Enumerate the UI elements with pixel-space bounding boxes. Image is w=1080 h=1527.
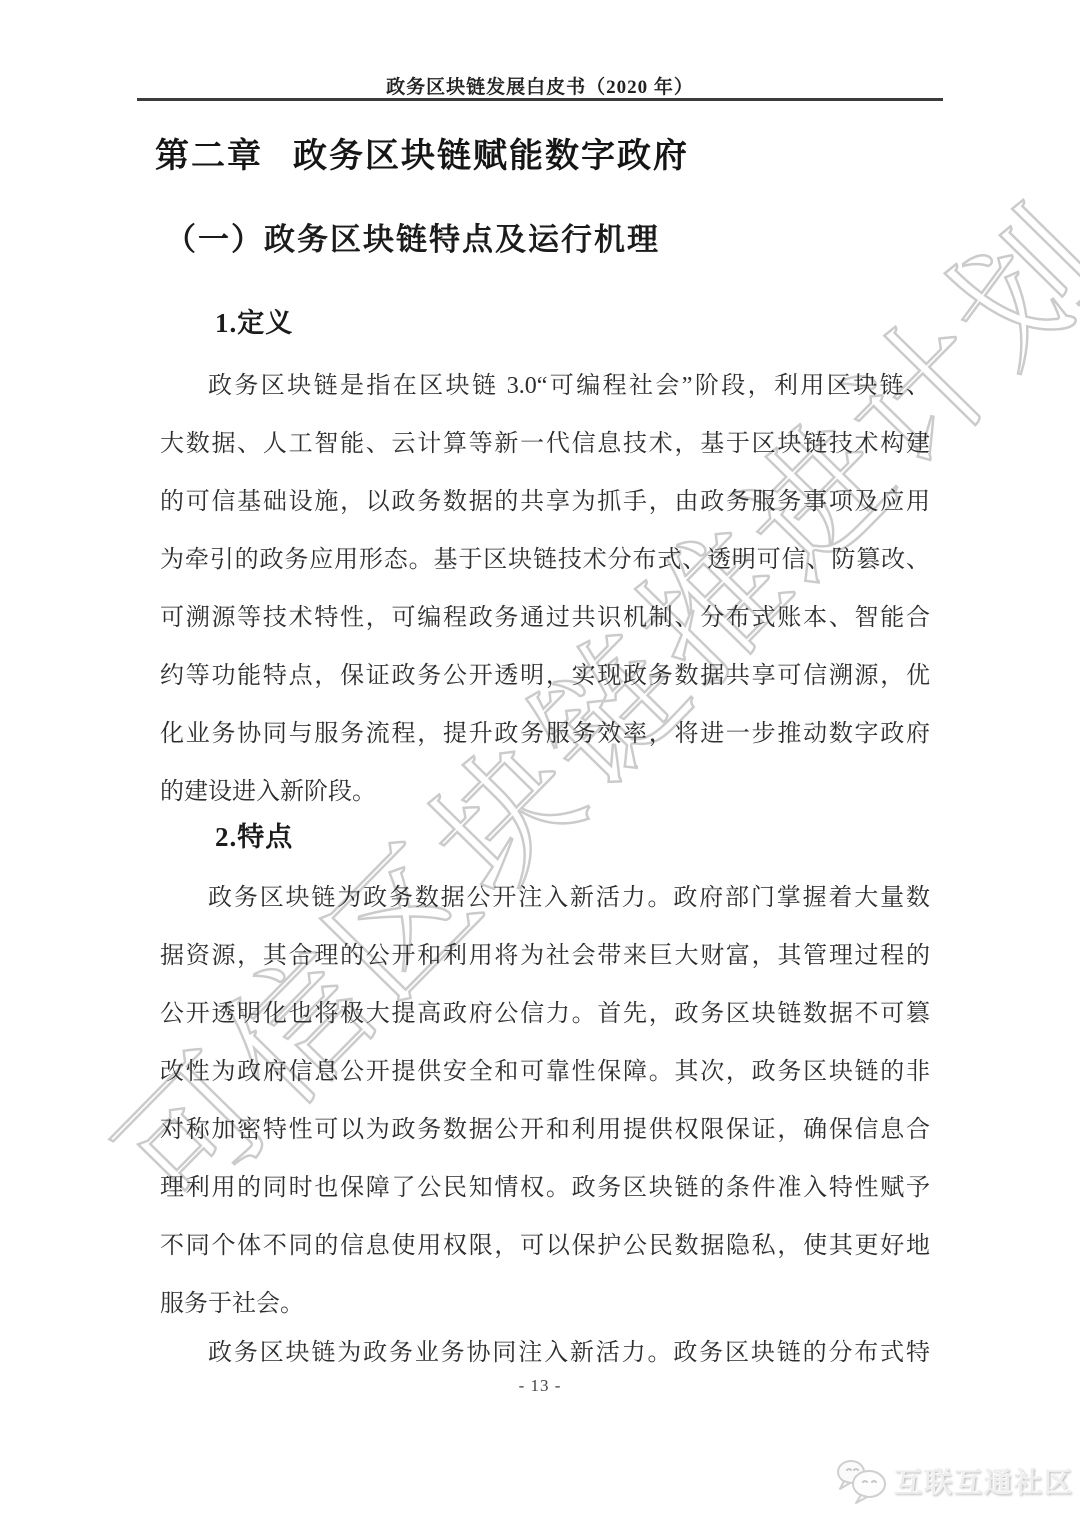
body-text-line: 不同个体不同的信息使用权限，可以保护公民数据隐私，使其更好地 xyxy=(160,1217,930,1275)
body-text-line: 公开透明化也将极大提高政府公信力。首先，政务区块链数据不可篡 xyxy=(160,985,930,1043)
page-number: - 13 - xyxy=(0,1376,1080,1396)
body-text-line: 化业务协同与服务流程，提升政务服务效率，将进一步推动数字政府 xyxy=(160,705,930,763)
body-text-line: 的建设进入新阶段。 xyxy=(160,763,930,821)
chapter-number: 第二章 xyxy=(155,137,263,175)
running-header-title: 政务区块链发展白皮书（2020 年） xyxy=(0,72,1080,99)
community-label: 互联互通社区 xyxy=(894,1461,1074,1501)
body-text-line: 约等功能特点，保证政务公开透明，实现政务数据共享可信溯源，优 xyxy=(160,647,930,705)
paragraph-features: 政务区块链为政务数据公开注入新活力。政府部门掌握着大量数据资源，其合理的公开和利… xyxy=(160,869,930,1333)
body-text-line: 可溯源等技术特性，可编程政务通过共识机制、分布式账本、智能合 xyxy=(160,589,930,647)
subsection-heading-features: 2.特点 xyxy=(215,820,293,854)
body-text-line: 改性为政府信息公开提供安全和可靠性保障。其次，政务区块链的非 xyxy=(160,1043,930,1101)
chapter-title: 政务区块链赋能数字政府 xyxy=(293,137,689,175)
body-text-line: 政务区块链为政务业务协同注入新活力。政务区块链的分布式特 xyxy=(160,1324,930,1382)
body-text-line: 理利用的同时也保障了公民知情权。政务区块链的条件准入特性赋予 xyxy=(160,1159,930,1217)
subsection-heading-definition: 1.定义 xyxy=(215,306,293,340)
body-text-line: 据资源，其合理的公开和利用将为社会带来巨大财富，其管理过程的 xyxy=(160,927,930,985)
chapter-heading: 第二章政务区块链赋能数字政府 xyxy=(155,134,689,178)
paragraph-collaboration: 政务区块链为政务业务协同注入新活力。政务区块链的分布式特 xyxy=(160,1324,930,1382)
chat-bubbles-icon xyxy=(836,1458,888,1504)
body-text-line: 为牵引的政务应用形态。基于区块链技术分布式、透明可信、防篡改、 xyxy=(160,531,930,589)
body-text-line: 政务区块链为政务数据公开注入新活力。政府部门掌握着大量数 xyxy=(160,869,930,927)
body-text-line: 大数据、人工智能、云计算等新一代信息技术，基于区块链技术构建 xyxy=(160,415,930,473)
community-watermark-badge: 互联互通社区 xyxy=(836,1458,1074,1504)
body-text-line: 对称加密特性可以为政务数据公开和利用提供权限保证，确保信息合 xyxy=(160,1101,930,1159)
header-rule-divider xyxy=(137,98,943,101)
body-text-line: 的可信基础设施，以政务数据的共享为抓手，由政务服务事项及应用 xyxy=(160,473,930,531)
paragraph-definition: 政务区块链是指在区块链 3.0“可编程社会”阶段，利用区块链、大数据、人工智能、… xyxy=(160,357,930,821)
body-text-line: 政务区块链是指在区块链 3.0“可编程社会”阶段，利用区块链、 xyxy=(160,357,930,415)
document-page: 可信区块链推进计划 政务区块链发展白皮书（2020 年） 第二章政务区块链赋能数… xyxy=(0,0,1080,1527)
section-heading: （一）政务区块链特点及运行机理 xyxy=(165,220,660,260)
